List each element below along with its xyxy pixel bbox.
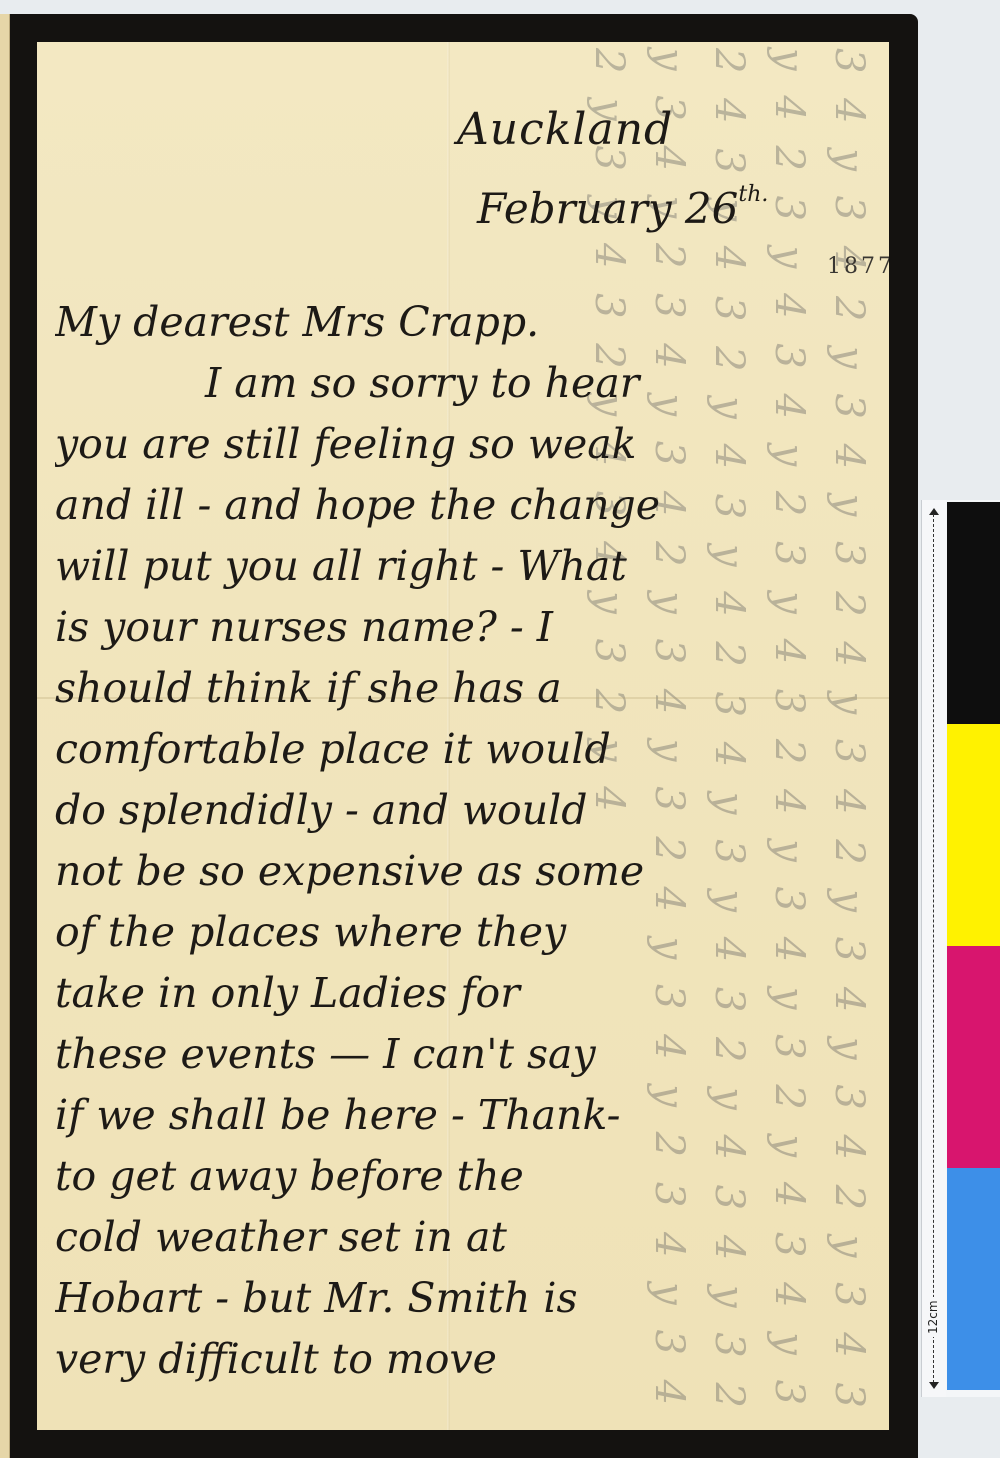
letter-paper: 3 4 y 3 4 2 y 3 4 y 3 2 4 y 3 4 2 y 3 4 … [37,42,889,1430]
letter-body: My dearest Mrs Crapp. I am so sorry to h… [55,292,885,1390]
letter-sheet: 3 4 y 3 4 2 y 3 4 y 3 2 4 y 3 4 2 y 3 4 … [10,14,918,1458]
letter-line: I am so sorry to hear [55,353,885,414]
color-calibration-strip: 12cm [921,500,1000,1397]
scale-bar: 12cm [922,500,946,1397]
letter-line: these events — I can't say [55,1024,885,1085]
letter-date-suffix: th. [738,182,768,207]
swatch-black [947,502,1000,724]
letter-line: Hobart - but Mr. Smith is [55,1268,885,1329]
swatch-magenta [947,946,1000,1168]
letter-line: take in only Ladies for [55,963,885,1024]
letter-line: not be so expensive as some [55,841,885,902]
salutation: My dearest Mrs Crapp. [55,292,885,353]
swatch-white [947,1390,1000,1397]
scale-label: 12cm [926,1297,940,1337]
letter-line: very difficult to move [55,1329,885,1390]
letter-line: comfortable place it would [55,719,885,780]
letter-line: and ill - and hope the change [55,475,885,536]
arrow-down-icon [929,1382,939,1389]
letter-line: of the places where they [55,902,885,963]
letter-line: is your nurses name? - I [55,597,885,658]
letter-line: to get away before the [55,1146,885,1207]
letter-line: if we shall be here - Thank- [55,1085,885,1146]
scale-line [933,514,934,1383]
letter-date-text: February 26 [477,184,738,233]
letter-line: will put you all right - What [55,536,885,597]
letter-line: you are still feeling so weak [55,414,885,475]
letter-year: 1877 [827,254,889,279]
letter-line: should think if she has a [55,658,885,719]
arrow-up-icon [929,508,939,515]
letter-line: do splendidly - and would [55,780,885,841]
letter-place: Auckland [457,104,673,155]
swatch-blue [947,1168,1000,1390]
letter-line: cold weather set in at [55,1207,885,1268]
swatch-yellow [947,724,1000,946]
adjacent-page-edge [0,14,10,1458]
letter-date: February 26th. [477,182,768,233]
